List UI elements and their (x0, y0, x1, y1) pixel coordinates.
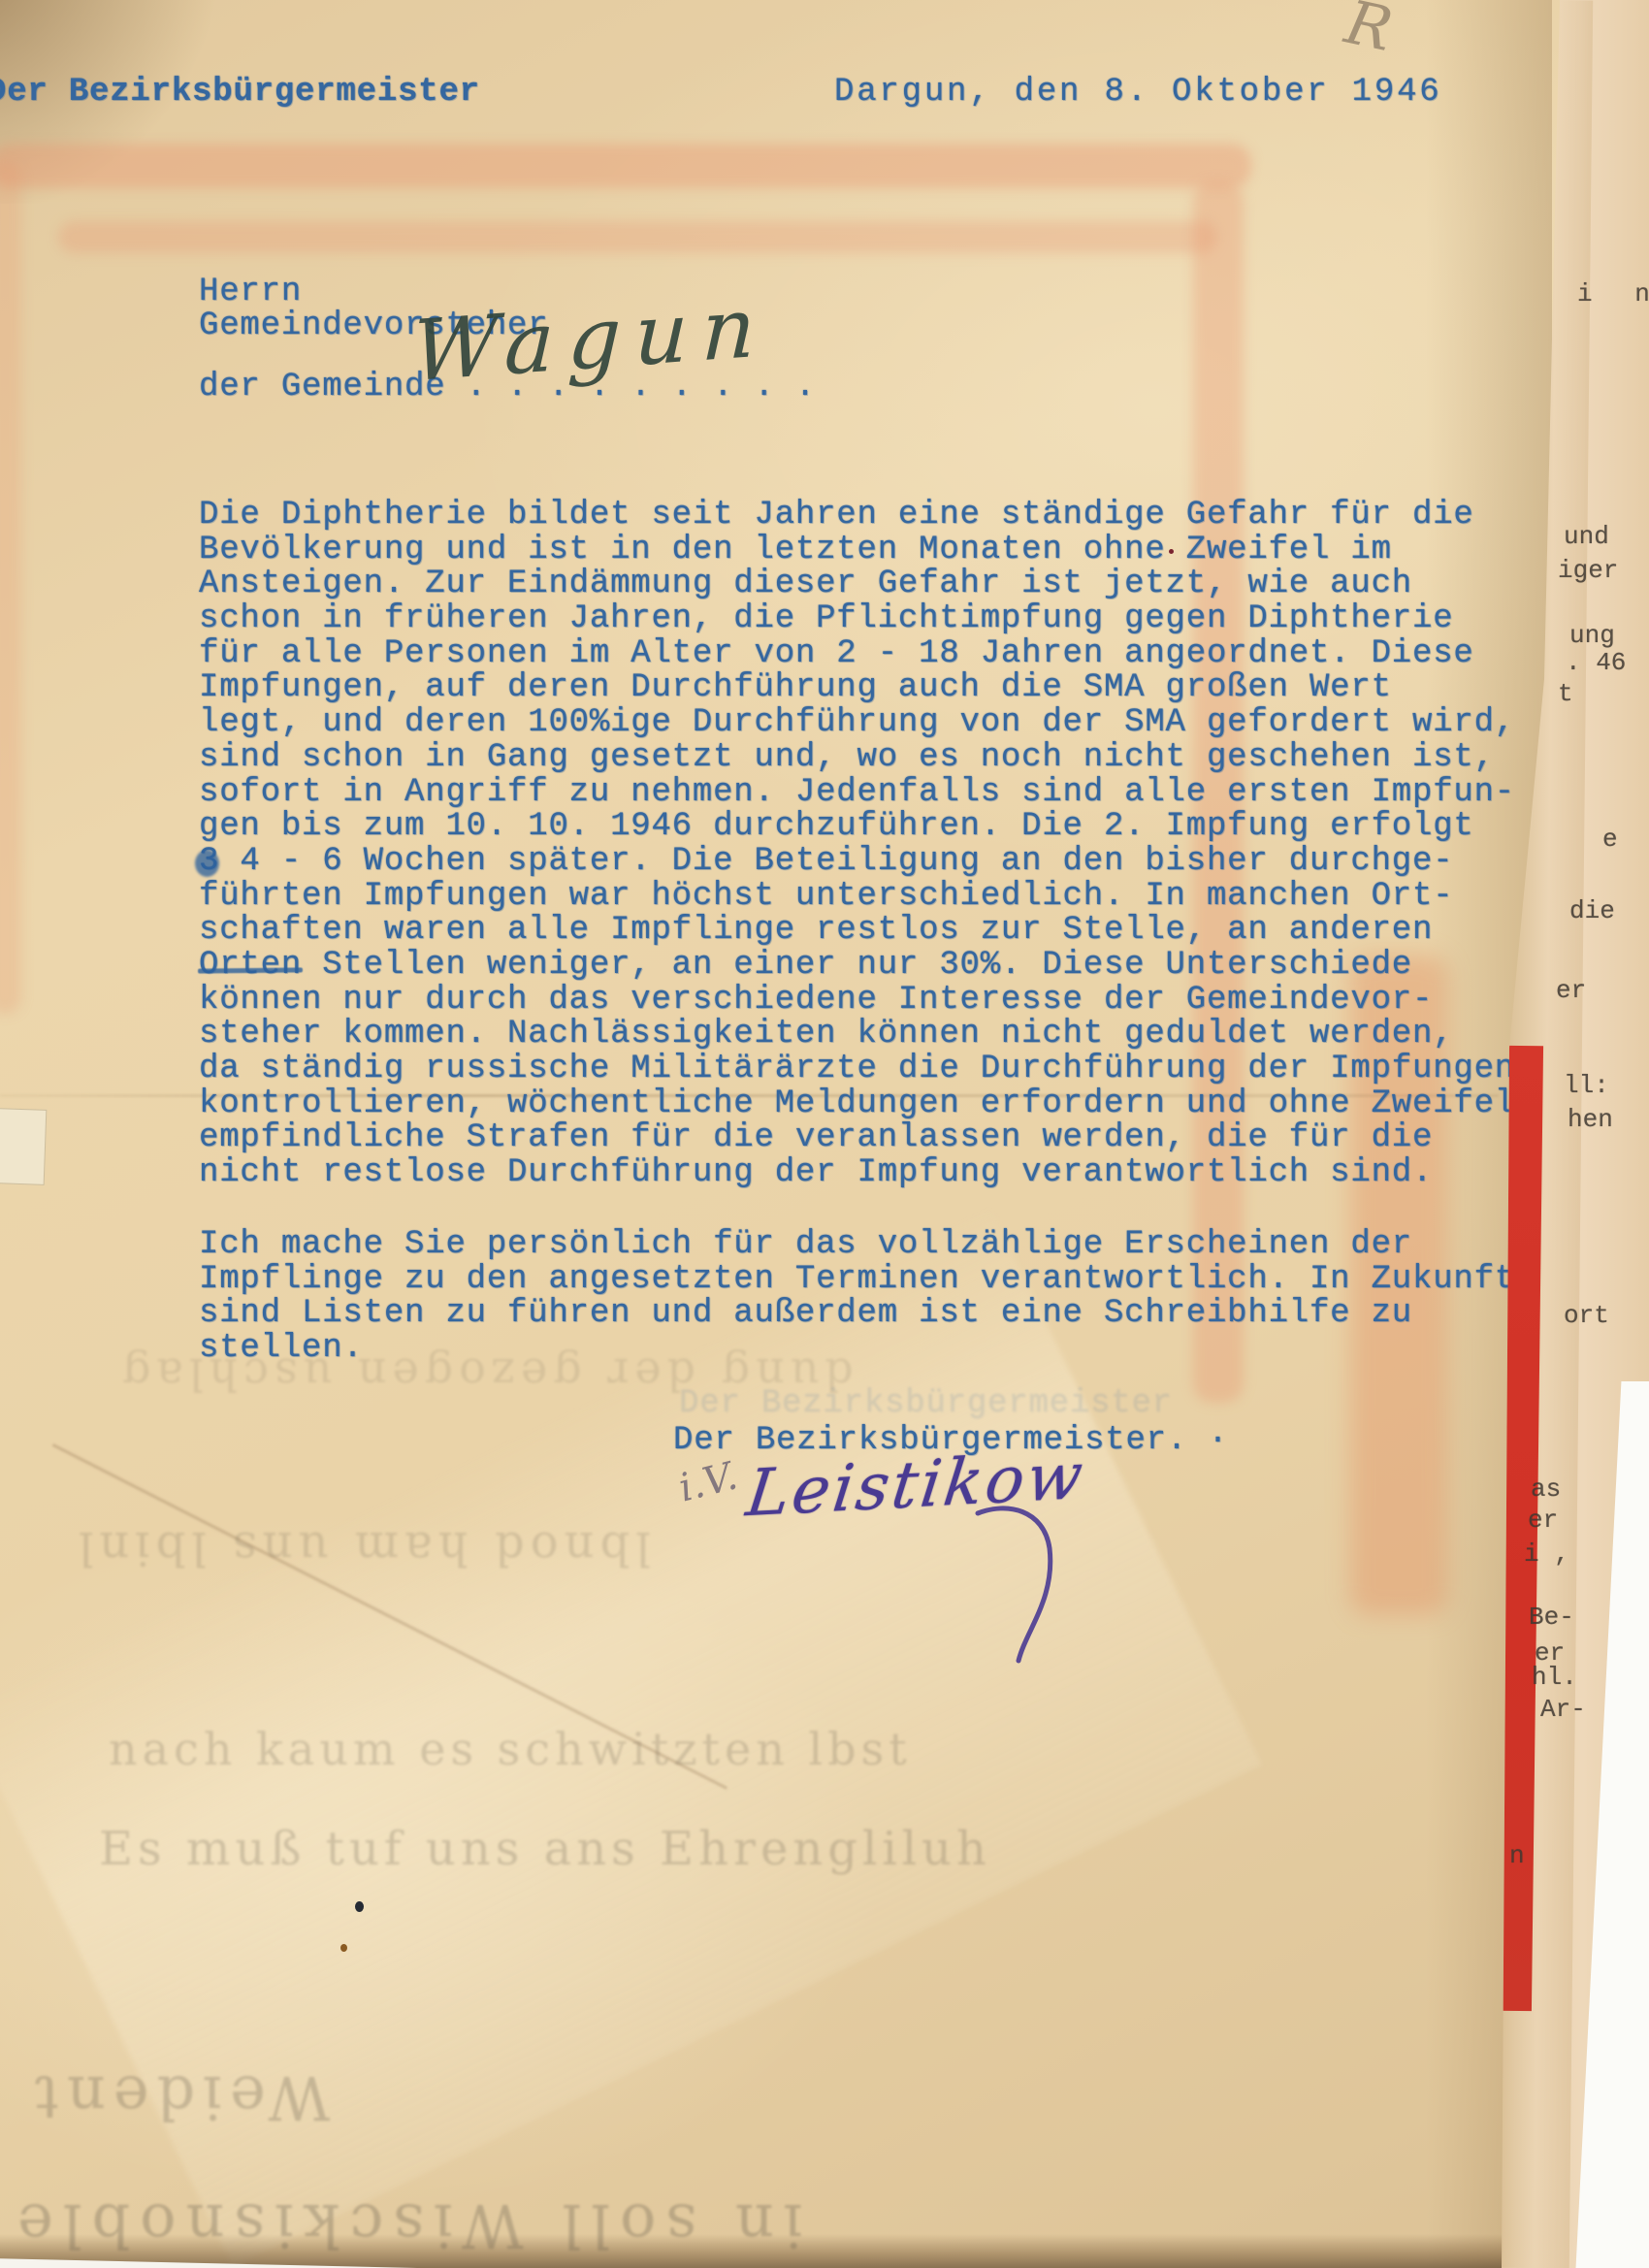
typed-fragment: iger (1558, 556, 1618, 585)
bleedthrough-line: Weident (27, 2062, 330, 2133)
bleedthrough-line: in soll Wisckisnoble (8, 2190, 803, 2261)
bleedthrough-line: nach kaum es schwitzten lbst (109, 1723, 912, 1775)
letter-line: 3 4 - 6 Wochen später. Die Beteiligung a… (199, 845, 1515, 880)
bleedthrough-line: Es muß tuf uns ans Ehrengliluh (99, 1822, 991, 1876)
recipient-line-1: Herrn (199, 274, 302, 310)
letter-line: empfindliche Strafen für die veranlassen… (199, 1121, 1515, 1156)
pink-frame-band (58, 221, 1217, 253)
letter-line: schon in früheren Jahren, die Pflichtimp… (199, 602, 1515, 637)
letter-line: sind schon in Gang gesetzt und, wo es no… (199, 741, 1515, 776)
dateline: Dargun, den 8. Oktober 1946 (834, 74, 1442, 111)
letter-line: gen bis zum 10. 10. 1946 durchzuführen. … (199, 810, 1515, 845)
letter-line: Bevölkerung und ist in den letzten Monat… (199, 534, 1515, 568)
letter-line: Impflinge zu den angesetzten Terminen ve… (199, 1263, 1515, 1298)
letter-line: führten Impfungen war höchst unterschied… (199, 880, 1515, 915)
closing-ghost-offset: Der Bezirksbürgermeister (679, 1385, 1173, 1422)
typed-fragment: ort (1564, 1301, 1609, 1330)
letter-line: können nur durch das verschiedene Intere… (199, 984, 1515, 1019)
bleedthrough-line: lbnod ham uns lbinl (73, 1521, 651, 1575)
paper-speck (340, 1944, 347, 1952)
typed-fragment: n (1509, 1841, 1525, 1870)
scanned-letter: i nundigerung. 46tedieerll:henortaseri ,… (0, 0, 1649, 2268)
typed-fragment: er (1556, 976, 1586, 1005)
typed-fragment: ung (1569, 621, 1615, 650)
red-speck (1169, 549, 1174, 554)
typed-fragment: . 46 (1566, 648, 1626, 677)
letter-line: nicht restlose Durchführung der Impfung … (199, 1156, 1515, 1191)
body-paragraph-2: Ich mache Sie persönlich für das vollzäh… (199, 1228, 1515, 1367)
typed-fragment: as (1531, 1474, 1561, 1504)
typed-fragment: und (1564, 522, 1609, 551)
letter-line: Ansteigen. Zur Eindämmung dieser Gefahr … (199, 567, 1515, 602)
letter-line: sofort in Angriff zu nehmen. Jedenfalls … (199, 776, 1515, 811)
typed-fragment: t (1558, 679, 1573, 708)
typed-fragment: ll: (1564, 1071, 1609, 1100)
ink-speck (355, 1901, 364, 1912)
letter-line: Impfungen, auf deren Durchführung auch d… (199, 671, 1515, 706)
tape-remnant (0, 1108, 47, 1185)
overstrike-blot (195, 850, 219, 877)
typed-fragment: hl. (1532, 1663, 1577, 1692)
typed-fragment: i , (1524, 1539, 1569, 1569)
typed-fragment: er (1528, 1506, 1558, 1535)
signature-flourish (970, 1506, 1086, 1670)
typed-fragment: die (1569, 896, 1615, 925)
letter-line: kontrollieren, wöchentliche Meldungen er… (199, 1087, 1515, 1122)
letter-line: da ständig russische Militärärzte die Du… (199, 1053, 1515, 1087)
pencil-corner-mark: R (1340, 0, 1399, 65)
typed-fragment: Ar- (1540, 1695, 1586, 1724)
letter-line: Orten Stellen weniger, an einer nur 30%.… (199, 949, 1515, 984)
pink-frame-band (0, 144, 1251, 188)
typed-fragment: hen (1568, 1105, 1613, 1134)
sender-line: Der Bezirksbürgermeister (0, 74, 480, 111)
letter-line: sind Listen zu führen und außerdem ist e… (199, 1297, 1515, 1332)
letter-line: schaften waren alle Impflinge restlos zu… (199, 914, 1515, 949)
body-paragraph-1: Die Diphtherie bildet seit Jahren eine s… (199, 499, 1515, 1191)
pink-frame-band (0, 160, 21, 1014)
letter-line: Ich mache Sie persönlich für das vollzäh… (199, 1228, 1515, 1263)
typed-fragment: e (1602, 825, 1618, 854)
letter-line: für alle Personen im Alter von 2 - 18 Ja… (199, 637, 1515, 672)
letter-page: dung der gezogen uschlaglbnod ham uns lb… (0, 0, 1649, 2268)
letter-line: steher kommen. Nachlässigkeiten können n… (199, 1018, 1515, 1053)
letter-line: stellen. (199, 1332, 1515, 1367)
letter-line: Die Diphtherie bildet seit Jahren eine s… (199, 499, 1515, 534)
typed-fragment: Be- (1529, 1603, 1574, 1632)
typed-fragment: i n (1577, 279, 1649, 308)
letter-line: legt, und deren 100%ige Durchführung von… (199, 706, 1515, 741)
